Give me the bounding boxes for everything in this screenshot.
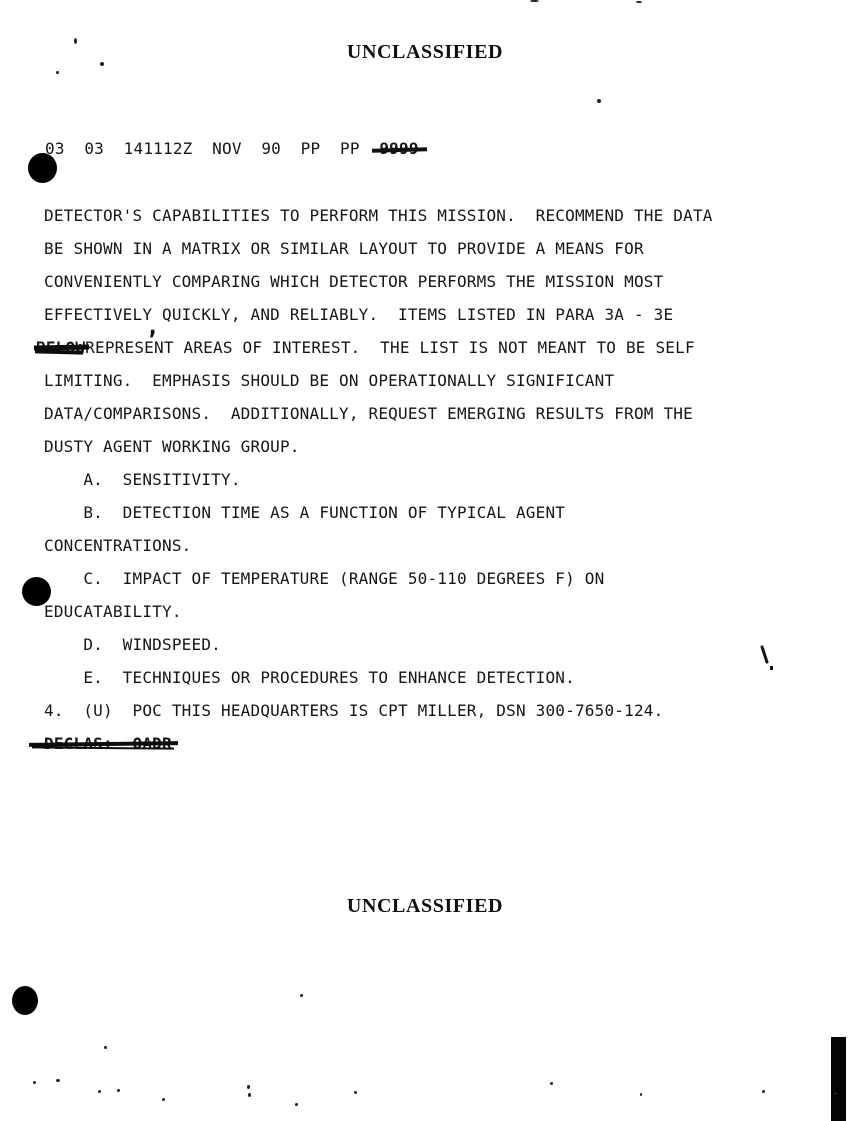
- scribbled-out-word: BELOW: [36, 338, 85, 358]
- scan-speck: [354, 1091, 357, 1094]
- scan-speck: [98, 1090, 101, 1093]
- scan-speck: [104, 1046, 107, 1049]
- scan-speck: [100, 62, 104, 66]
- declas-line: DECLAS: OADR: [44, 734, 804, 767]
- scan-speck: [762, 1090, 765, 1093]
- scan-speck: [56, 1079, 60, 1082]
- body-line-item-e: E. TECHNIQUES OR PROCEDURES TO ENHANCE D…: [44, 668, 804, 701]
- handwritten-comma-mark: ,: [144, 312, 160, 341]
- scan-speck: [834, 1092, 837, 1095]
- body-line: DATA/COMPARISONS. ADDITIONALLY, REQUEST …: [44, 404, 804, 437]
- body-line: LIMITING. EMPHASIS SHOULD BE ON OPERATIO…: [44, 371, 804, 404]
- top-classification-banner: UNCLASSIFIED: [0, 41, 850, 64]
- scan-speck: [56, 71, 59, 74]
- scan-speck: [597, 99, 601, 103]
- body-line: CONCENTRATIONS.: [44, 536, 804, 569]
- scan-speck: [300, 994, 303, 997]
- body-line: EDUCATABILITY.: [44, 602, 804, 635]
- hole-punch-dot: [22, 577, 51, 606]
- body-line-with-scribble: BELOWREPRESENT AREAS OF INTEREST. THE LI…: [44, 338, 804, 371]
- hole-punch-dot: [12, 986, 38, 1015]
- struck-declas-text: DECLAS: OADR: [44, 734, 172, 754]
- body-line: CONVENIENTLY COMPARING WHICH DETECTOR PE…: [44, 272, 804, 305]
- scan-speck: [295, 1103, 298, 1106]
- body-line-item-c: C. IMPACT OF TEMPERATURE (RANGE 50-110 D…: [44, 569, 804, 602]
- body-line-text: REPRESENT AREAS OF INTEREST. THE LIST IS…: [85, 338, 695, 357]
- scanned-document-page: UNCLASSIFIED 03 03 141112Z NOV 90 PP PP …: [0, 0, 850, 1121]
- body-line-item-a: A. SENSITIVITY.: [44, 470, 804, 503]
- scan-speck: [162, 1098, 165, 1101]
- scan-speck: [74, 38, 77, 44]
- bottom-classification-banner: UNCLASSIFIED: [0, 895, 850, 918]
- scan-speck: [248, 1093, 251, 1097]
- body-line: DUSTY AGENT WORKING GROUP.: [44, 437, 804, 470]
- body-line: DETECTOR'S CAPABILITIES TO PERFORM THIS …: [44, 206, 804, 239]
- scan-speck: [550, 1082, 553, 1085]
- handwritten-dot-mark: [770, 666, 773, 670]
- routing-header-line: 03 03 141112Z NOV 90 PP PP 9999: [45, 139, 419, 158]
- scan-speck: [247, 1085, 250, 1089]
- scan-edge-artifact-bar: [831, 1037, 846, 1121]
- body-line-item-b: B. DETECTION TIME AS A FUNCTION OF TYPIC…: [44, 503, 804, 536]
- scan-speck: [33, 1081, 36, 1084]
- body-line-poc: 4. (U) POC THIS HEADQUARTERS IS CPT MILL…: [44, 701, 804, 734]
- routing-header-text: 03 03 141112Z NOV 90 PP PP: [45, 139, 379, 158]
- scan-speck: [636, 1, 642, 3]
- scan-speck: [530, 0, 539, 2]
- struck-routing-code: 9999: [379, 139, 418, 158]
- scan-speck: [117, 1089, 120, 1092]
- hole-punch-dot: [28, 153, 57, 183]
- scan-speck: [640, 1093, 642, 1096]
- body-line: BE SHOWN IN A MATRIX OR SIMILAR LAYOUT T…: [44, 239, 804, 272]
- message-body: DETECTOR'S CAPABILITIES TO PERFORM THIS …: [44, 206, 804, 767]
- body-line-item-d: D. WINDSPEED.: [44, 635, 804, 668]
